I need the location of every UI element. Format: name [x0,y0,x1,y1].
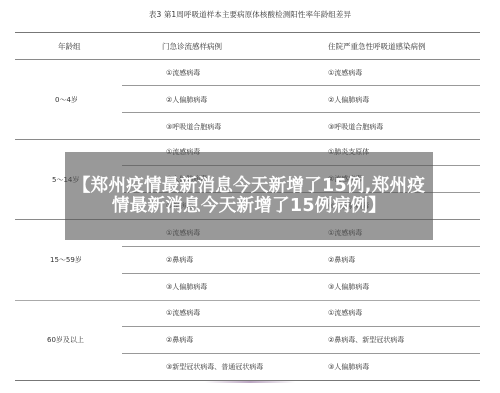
table-cell: ③新型冠状病毒、普通冠状病毒 [166,362,263,372]
table-cell: ②鼻病毒 [166,255,193,265]
group-rule [15,139,480,140]
header-outpatient: 门急诊流感样病例 [162,41,222,52]
table-cell: ①流感病毒 [328,68,362,78]
table-cell: ①流感病毒 [166,308,200,318]
row-rule [122,246,480,247]
table-cell: ②鼻病毒 [166,335,193,345]
table-cell: ②人偏肺病毒 [166,95,207,105]
table-cell: ③人偏肺病毒 [328,362,369,372]
table-cell: ③人偏肺病毒 [328,282,369,292]
group-rule [15,300,480,301]
header-inpatient: 住院严重急性呼吸道感染病例 [328,41,426,52]
row-rule [122,112,480,113]
table-cell: ②人偏肺病毒 [328,95,369,105]
row-rule [122,326,480,327]
table-cell: ②鼻病毒、新型冠状病毒 [328,335,404,345]
row-rule [122,353,480,354]
table-caption: 表3 第1周呼吸道样本主要病原体核酸检测阳性率年龄组差异 [0,9,500,20]
row-rule [122,273,480,274]
headline-title: 【郑州疫情最新消息今天新增了15例,郑州疫情最新消息今天新增了15例病例】 [69,176,429,216]
table-cell: ③人偏肺病毒 [166,282,207,292]
table-cell: ③呼吸道合胞病毒 [166,122,221,132]
table-cell: ③呼吸道合胞病毒 [328,122,383,132]
row-rule [122,85,480,86]
table-cell: ①流感病毒 [166,68,200,78]
table-cell: ②鼻病毒 [328,255,355,265]
header-age-group: 年龄组 [58,41,81,52]
scan-artifact [205,381,295,383]
age-group-2: 15～59岁 [50,255,82,265]
table-cell: ①流感病毒 [328,308,362,318]
age-group-3: 60岁及以上 [47,335,84,345]
headline-overlay: 【郑州疫情最新消息今天新增了15例,郑州疫情最新消息今天新增了15例病例】 [65,152,433,240]
table-top-rule [15,32,480,33]
age-group-0: 0～4岁 [55,95,78,105]
header-rule [15,59,480,60]
